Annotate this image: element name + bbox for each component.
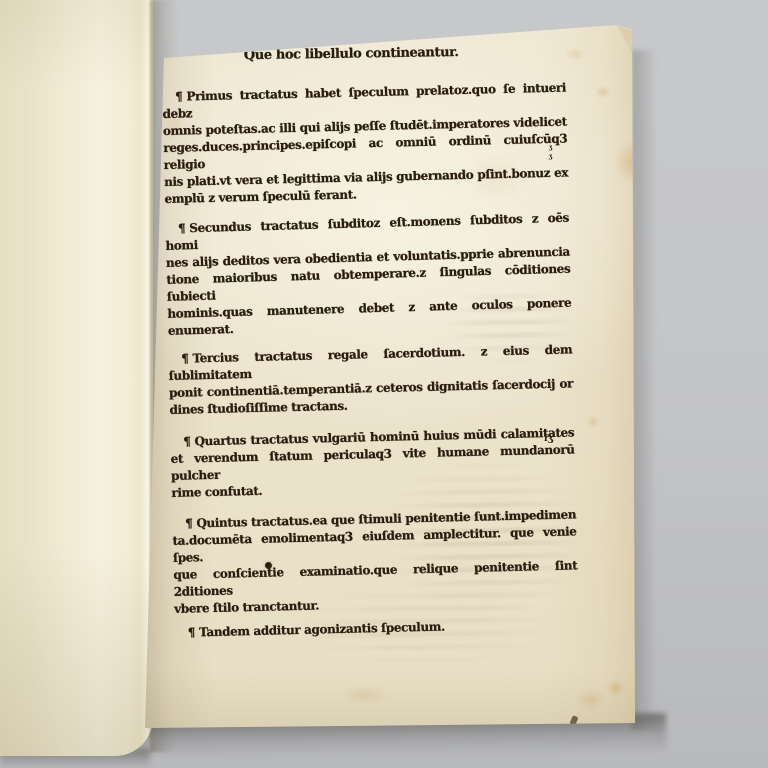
foxing-stain	[577, 690, 605, 710]
page-heading: Que hoc libellulo contineantur.	[149, 43, 553, 66]
paragraph-mark: ¶	[188, 625, 200, 639]
paragraph: ¶Quartus tractatus vulgariū hominū huius…	[170, 424, 575, 501]
signature-mark-upper: ʒʒ	[547, 144, 553, 162]
foxing-stain	[341, 686, 389, 704]
printed-page: Que hoc libellulo contineantur. ¶Primus …	[143, 24, 637, 732]
foxing-stain	[607, 680, 625, 696]
top-right-leaf-edge	[593, 24, 635, 66]
paragraph-mark: ¶	[183, 434, 195, 448]
paragraph-mark: ¶	[185, 516, 197, 530]
text-line: ¶Tandem additur agonizantis ſpeculum.	[175, 615, 579, 642]
paragraph: ¶Quintus tractatus.ea que ſtimuli penite…	[172, 506, 578, 617]
text-block: Que hoc libellulo contineantur. ¶Primus …	[161, 40, 579, 653]
signature-mark-lower: ſʒ	[544, 434, 553, 444]
foxing-stain	[565, 48, 585, 60]
paragraph-mark: ¶	[181, 351, 193, 365]
foxing-stain	[596, 86, 610, 98]
paragraph-mark: ¶	[175, 89, 187, 103]
left-blank-page	[0, 0, 153, 756]
paragraph: ¶Tandem additur agonizantis ſpeculum.	[175, 615, 579, 642]
paragraph: ¶Primus tractatus habet ſpeculum prelato…	[162, 79, 569, 207]
paragraph: ¶Tercius tractatus regale ſacerdotium. z…	[168, 341, 573, 418]
paragraph-mark: ¶	[178, 221, 190, 235]
foxing-stain	[587, 416, 599, 428]
book-right-shadow	[632, 50, 656, 730]
paragraphs: ¶Primus tractatus habet ſpeculum prelato…	[162, 79, 579, 641]
paragraph: ¶Secundus tractatus ſubditoz eſt.monens …	[165, 210, 572, 340]
photo-backdrop: Que hoc libellulo contineantur. ¶Primus …	[0, 0, 768, 768]
